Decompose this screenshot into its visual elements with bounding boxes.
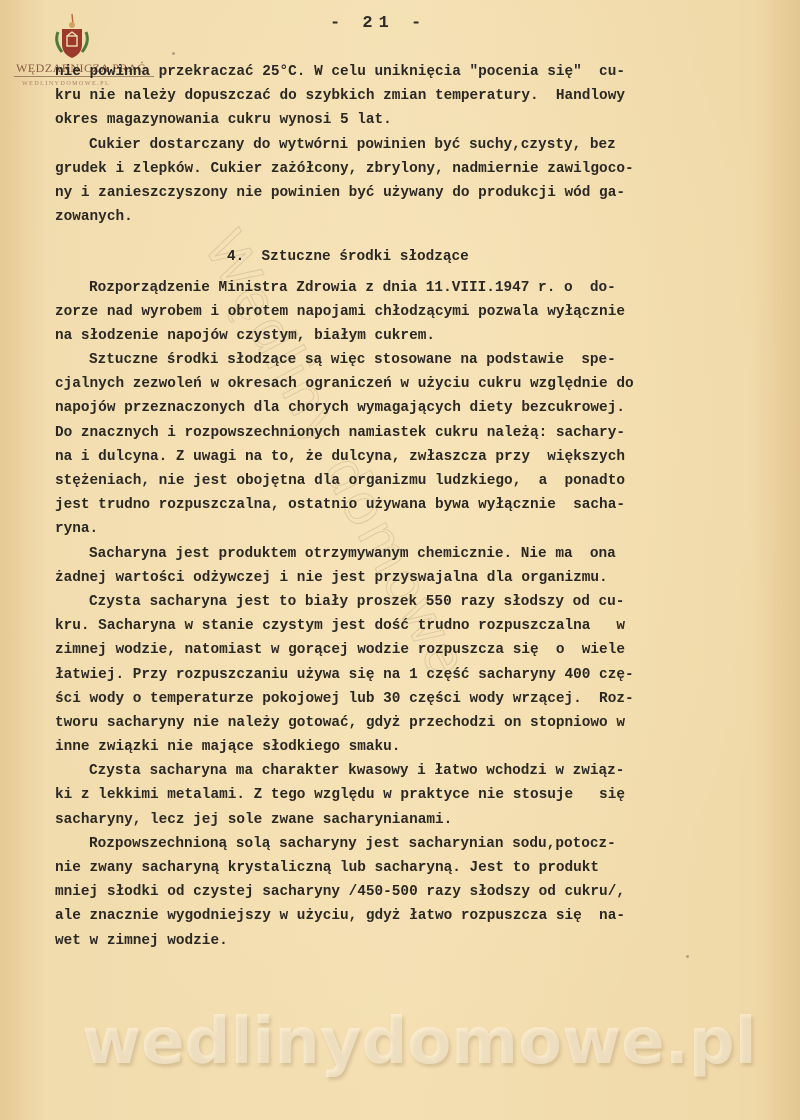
text-line: jest trudno rozpuszczalna, ostatnio używ…: [55, 493, 745, 517]
text-line: sacharyny, lecz jej sole zwane sacharyni…: [55, 808, 745, 832]
text-line: kru nie należy dopuszczać do szybkich zm…: [55, 84, 745, 108]
text-line: nie powinna przekraczać 25°C. W celu uni…: [55, 60, 745, 84]
text-line: Rozpowszechnioną solą sacharyny jest sac…: [55, 832, 745, 856]
text-line: ny i zanieszczyszony nie powinien być uż…: [55, 181, 745, 205]
text-line: wet w zimnej wodzie.: [55, 929, 745, 953]
text-line: ryna.: [55, 517, 745, 541]
text-line: zorze nad wyrobem i obrotem napojami chł…: [55, 300, 745, 324]
text-line: Cukier dostarczany do wytwórni powinien …: [55, 133, 745, 157]
text-line: ale znacznie wygodniejszy w użyciu, gdyż…: [55, 904, 745, 928]
text-line: zowanych.: [55, 205, 745, 229]
text-line: Sacharyna jest produktem otrzymywanym ch…: [55, 542, 745, 566]
text-line: na i dulcyna. Z uwagi na to, że dulcyna,…: [55, 445, 745, 469]
paragraphs-part2: Rozporządzenie Ministra Zdrowia z dnia 1…: [55, 276, 745, 953]
text-line: Sztuczne środki słodzące są więc stosowa…: [55, 348, 745, 372]
text-line: grudek i zlepków. Cukier zażółcony, zbry…: [55, 157, 745, 181]
text-line: żadnej wartości odżywczej i nie jest prz…: [55, 566, 745, 590]
text-line: tworu sacharyny nie należy gotować, gdyż…: [55, 711, 745, 735]
text-line: okres magazynowania cukru wynosi 5 lat.: [55, 108, 745, 132]
text-line: mniej słodki od czystej sacharyny /450-5…: [55, 880, 745, 904]
text-line: cjalnych zezwoleń w okresach ograniczeń …: [55, 372, 745, 396]
text-line: Do znacznych i rozpowszechnionych namias…: [55, 421, 745, 445]
text-line: na słodzenie napojów czystym, białym cuk…: [55, 324, 745, 348]
document-body: nie powinna przekraczać 25°C. W celu uni…: [55, 60, 745, 953]
text-line: napojów przeznaczonych dla chorych wymag…: [55, 396, 745, 420]
coat-of-arms-smokehouse-icon: [52, 12, 92, 60]
text-line: inne związki nie mające słodkiego smaku.: [55, 735, 745, 759]
text-line: kru. Sacharyna w stanie czystym jest doś…: [55, 614, 745, 638]
section-heading: 4. Sztuczne środki słodzące: [55, 245, 745, 269]
text-line: łatwiej. Przy rozpuszczaniu używa się na…: [55, 663, 745, 687]
text-line: Czysta sacharyna ma charakter kwasowy i …: [55, 759, 745, 783]
paper-speck: [686, 955, 689, 958]
site-watermark: wedlinydomowe.pl: [82, 1005, 757, 1079]
page-number: - 21 -: [330, 14, 427, 33]
text-line: Czysta sacharyna jest to biały proszek 5…: [55, 590, 745, 614]
scanned-page: WĘDZARNICZA PRAĆ WEDLINYDOMOWE.PL - 21 -…: [0, 0, 800, 1120]
text-line: stężeniach, nie jest obojętna dla organi…: [55, 469, 745, 493]
paper-speck: [172, 52, 175, 55]
text-line: ki z lekkimi metalami. Z tego względu w …: [55, 783, 745, 807]
paragraphs-part1: nie powinna przekraczać 25°C. W celu uni…: [55, 60, 745, 229]
text-line: nie zwany sacharyną krystaliczną lub sac…: [55, 856, 745, 880]
text-line: ści wody o temperaturze pokojowej lub 30…: [55, 687, 745, 711]
text-line: zimnej wodzie, natomiast w gorącej wodzi…: [55, 638, 745, 662]
text-line: Rozporządzenie Ministra Zdrowia z dnia 1…: [55, 276, 745, 300]
